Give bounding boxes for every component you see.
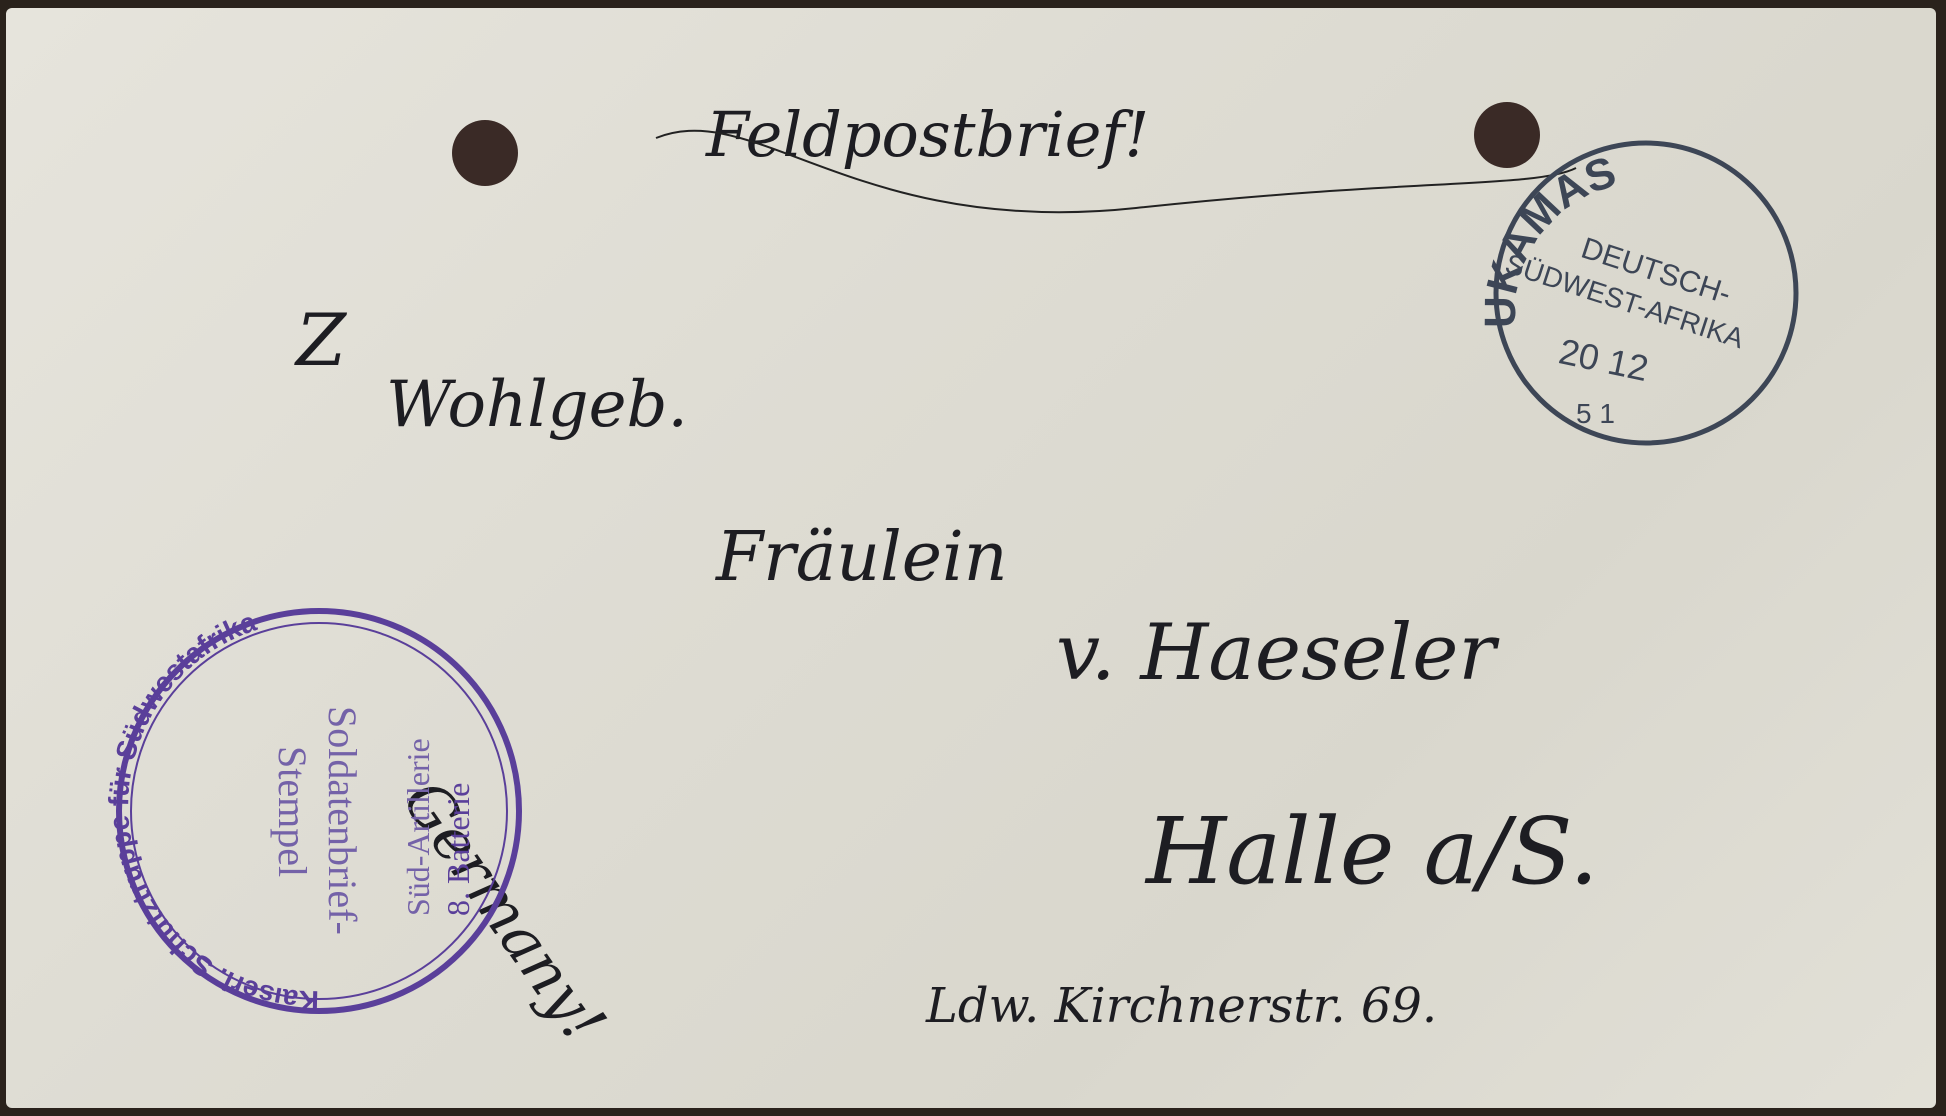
svg-text:Stempel: Stempel: [270, 746, 315, 877]
svg-text:Süd-Artillerie: Süd-Artillerie: [400, 738, 436, 916]
header-flourish: [636, 88, 1596, 228]
svg-text:20 12: 20 12: [1555, 330, 1652, 389]
city: Halle a/S.: [1146, 798, 1598, 905]
salutation-initial: Z: [296, 298, 346, 382]
recipient-title: Fräulein: [716, 518, 1008, 597]
punch-hole: [452, 120, 518, 186]
military-stamp: Kaiserl. Schutztruppe für Südwestafrika …: [104, 606, 534, 1016]
svg-text:8. Batterie: 8. Batterie: [440, 783, 476, 916]
street: Ldw. Kirchnerstr. 69.: [926, 978, 1437, 1034]
ukamas-postmark: UKAMAS DEUTSCH- SÜDWEST-AFRIKA 20 12 5 1: [1456, 128, 1826, 448]
recipient-name: v. Haeseler: [1056, 608, 1496, 698]
svg-text:5 1: 5 1: [1576, 398, 1615, 429]
salutation: Wohlgeb.: [386, 368, 688, 442]
svg-text:Soldatenbrief-: Soldatenbrief-: [320, 706, 365, 935]
envelope: Feldpostbrief! Z Wohlgeb. Fräulein v. Ha…: [6, 8, 1936, 1108]
